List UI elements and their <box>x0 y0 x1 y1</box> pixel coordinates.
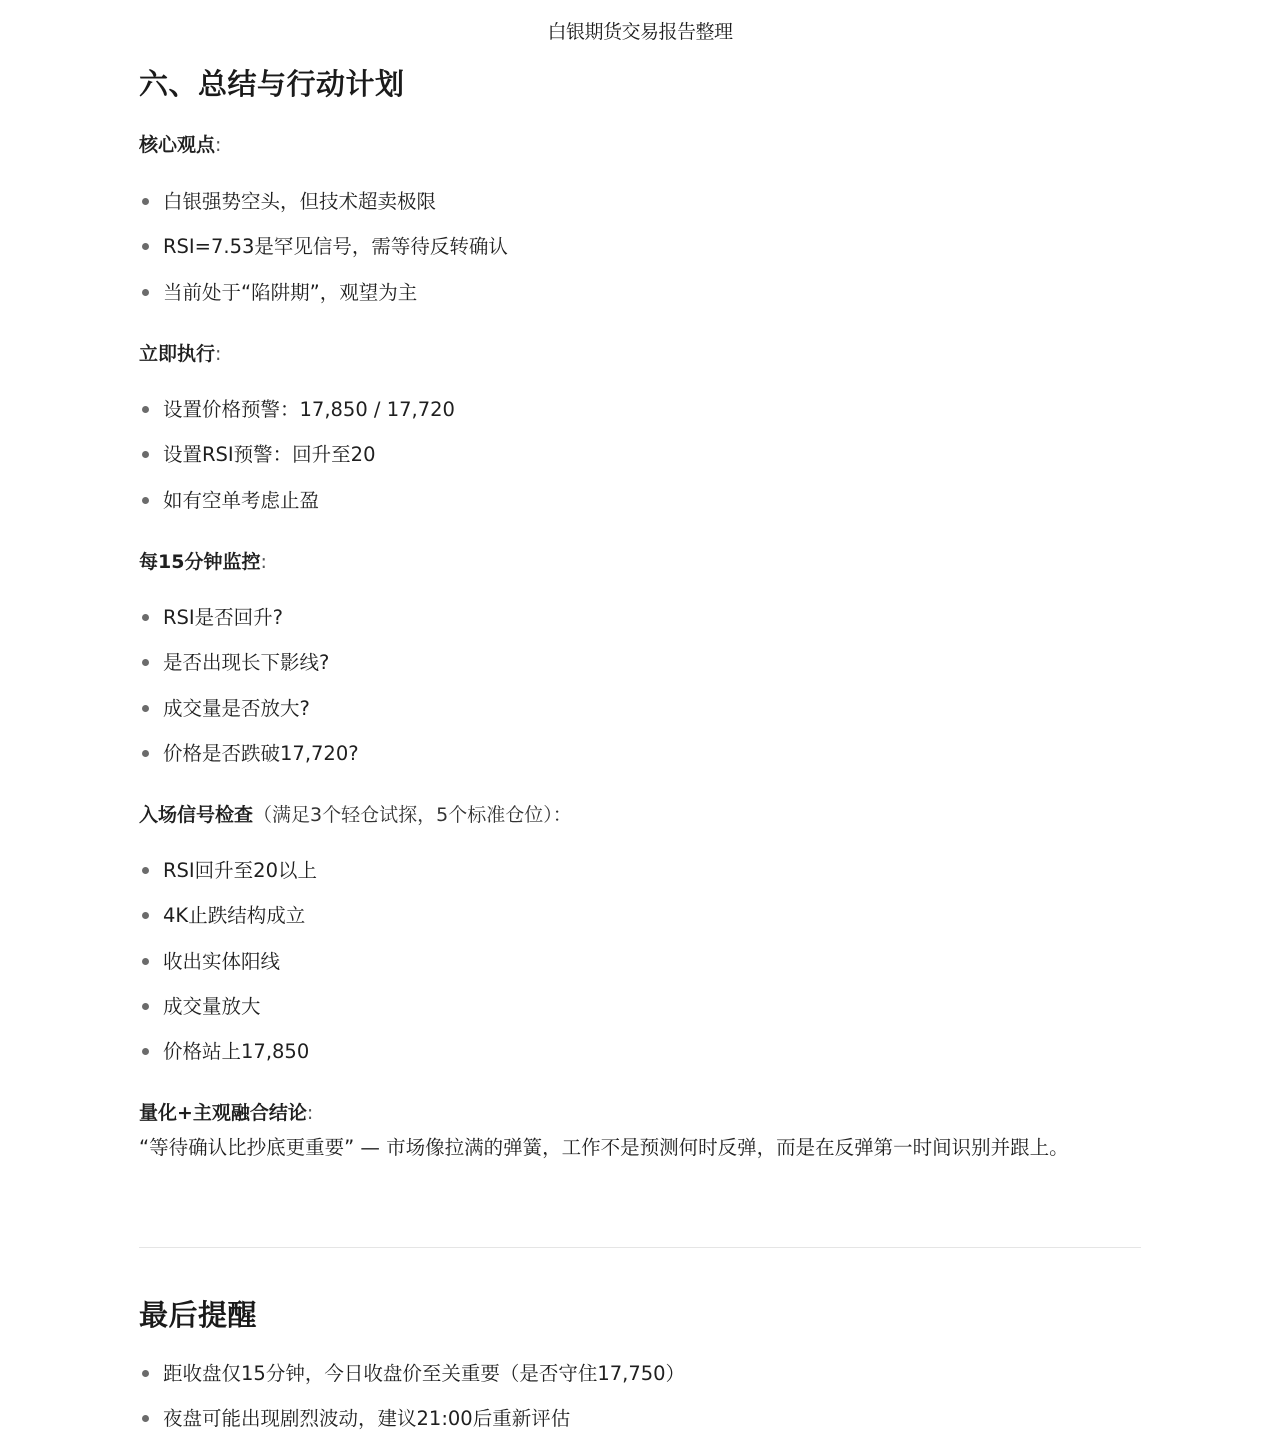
list-item: 设置RSI预警：回升至20 <box>139 432 455 477</box>
entry-note: （满足3个轻仓试探，5个标准仓位）： <box>253 804 572 826</box>
core-views-label: 核心观点: <box>139 130 221 157</box>
colon: : <box>215 343 221 365</box>
colon: : <box>260 551 266 573</box>
list-item-text: 设置价格预警：17,850 / 17,720 <box>163 398 455 421</box>
list-item-text: 白银强势空头，但技术超卖极限 <box>163 190 436 213</box>
monitor-list: RSI是否回升? 是否出现长下影线? 成交量是否放大? 价格是否跌破17,720… <box>139 595 359 776</box>
conclusion-text: “等待确认比抄底更重要” — 市场像拉满的弹簧，工作不是预测何时反弹，而是在反弹… <box>139 1129 1129 1167</box>
list-item-text: 价格是否跌破17,720? <box>163 742 359 765</box>
list-item-text: 距收盘仅15分钟，今日收盘价至关重要（是否守住17,750） <box>163 1362 685 1385</box>
colon: : <box>215 134 221 156</box>
entry-title: 入场信号检查 <box>139 804 253 826</box>
list-item: 成交量放大 <box>139 984 317 1029</box>
bullet-icon <box>142 750 149 757</box>
immediate-title: 立即执行 <box>139 343 215 365</box>
list-item-text: 成交量是否放大? <box>163 697 310 720</box>
list-item-text: 成交量放大 <box>163 995 261 1018</box>
list-item-text: 4K止跌结构成立 <box>163 904 305 927</box>
bullet-icon <box>142 912 149 919</box>
monitor-label: 每15分钟监控: <box>139 547 267 574</box>
bullet-icon <box>142 958 149 965</box>
list-item: 收出实体阳线 <box>139 939 317 984</box>
entry-label: 入场信号检查（满足3个轻仓试探，5个标准仓位）： <box>139 800 572 827</box>
list-item: 设置价格预警：17,850 / 17,720 <box>139 387 455 432</box>
bullet-icon <box>142 659 149 666</box>
list-item-text: 如有空单考虑止盈 <box>163 489 319 512</box>
bullet-icon <box>142 1370 149 1377</box>
list-item-text: RSI=7.53是罕见信号，需等待反转确认 <box>163 235 508 258</box>
bullet-icon <box>142 1415 149 1422</box>
list-item-text: 是否出现长下影线? <box>163 651 329 674</box>
list-item: 白银强势空头，但技术超卖极限 <box>139 179 508 224</box>
final-reminder-list: 距收盘仅15分钟，今日收盘价至关重要（是否守住17,750） 夜盘可能出现剧烈波… <box>139 1351 685 1440</box>
list-item: 4K止跌结构成立 <box>139 893 317 938</box>
list-item: 当前处于“陷阱期”，观望为主 <box>139 270 508 315</box>
list-item: 是否出现长下影线? <box>139 640 359 685</box>
list-item-text: 价格站上17,850 <box>163 1040 309 1063</box>
bullet-icon <box>142 198 149 205</box>
list-item-text: 当前处于“陷阱期”，观望为主 <box>163 281 417 304</box>
monitor-title: 每15分钟监控 <box>139 551 260 573</box>
bullet-icon <box>142 497 149 504</box>
bullet-icon <box>142 705 149 712</box>
immediate-list: 设置价格预警：17,850 / 17,720 设置RSI预警：回升至20 如有空… <box>139 387 455 523</box>
bullet-icon <box>142 289 149 296</box>
list-item-text: 收出实体阳线 <box>163 950 280 973</box>
list-item: 如有空单考虑止盈 <box>139 478 455 523</box>
list-item: RSI=7.53是罕见信号，需等待反转确认 <box>139 224 508 269</box>
section-heading-summary: 六、总结与行动计划 <box>139 62 405 103</box>
bullet-icon <box>142 243 149 250</box>
list-item-text: RSI回升至20以上 <box>163 859 317 882</box>
list-item: 价格是否跌破17,720? <box>139 731 359 776</box>
section-heading-final-reminder: 最后提醒 <box>139 1293 257 1334</box>
list-item-text: 夜盘可能出现剧烈波动，建议21:00后重新评估 <box>163 1407 570 1430</box>
list-item: RSI回升至20以上 <box>139 848 317 893</box>
list-item: RSI是否回升? <box>139 595 359 640</box>
immediate-label: 立即执行: <box>139 339 221 366</box>
list-item: 成交量是否放大? <box>139 686 359 731</box>
conclusion-title: 量化+主观融合结论 <box>139 1102 307 1124</box>
bullet-icon <box>142 614 149 621</box>
core-views-list: 白银强势空头，但技术超卖极限 RSI=7.53是罕见信号，需等待反转确认 当前处… <box>139 179 508 315</box>
bullet-icon <box>142 451 149 458</box>
colon: : <box>307 1102 313 1124</box>
bullet-icon <box>142 406 149 413</box>
list-item: 夜盘可能出现剧烈波动，建议21:00后重新评估 <box>139 1396 685 1440</box>
section-divider <box>139 1247 1141 1248</box>
list-item: 距收盘仅15分钟，今日收盘价至关重要（是否守住17,750） <box>139 1351 685 1396</box>
bullet-icon <box>142 1048 149 1055</box>
document-title: 白银期货交易报告整理 <box>0 17 1274 44</box>
list-item: 价格站上17,850 <box>139 1029 317 1074</box>
core-views-title: 核心观点 <box>139 134 215 156</box>
entry-list: RSI回升至20以上 4K止跌结构成立 收出实体阳线 成交量放大 价格站上17,… <box>139 848 317 1074</box>
conclusion-label: 量化+主观融合结论: <box>139 1098 313 1125</box>
list-item-text: RSI是否回升? <box>163 606 283 629</box>
list-item-text: 设置RSI预警：回升至20 <box>163 443 376 466</box>
bullet-icon <box>142 1003 149 1010</box>
bullet-icon <box>142 867 149 874</box>
